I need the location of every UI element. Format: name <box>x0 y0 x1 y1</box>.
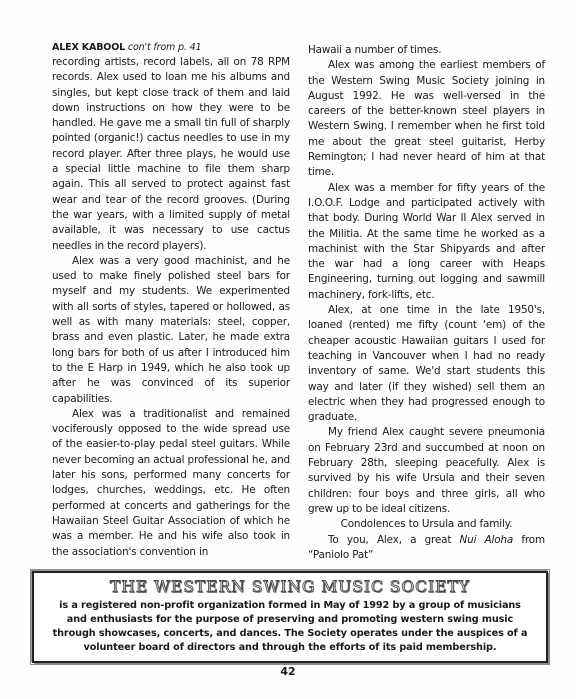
article-continued-note: con't from p. 41 <box>128 42 202 53</box>
right-column: Hawaii a number of times. Alex was among… <box>308 43 545 563</box>
society-description-line: and enthusiasts for the purpose of prese… <box>44 613 536 627</box>
paragraph: Alex was a member for fifty years of the… <box>308 181 545 303</box>
society-description-line: is a registered non-profit organization … <box>44 599 536 613</box>
closing-text: To you, Alex, a great <box>328 534 460 546</box>
society-info-box: THE WESTERN SWING MUSIC SOCIETY is a reg… <box>32 571 548 663</box>
article-header-name: ALEX KABOOL <box>52 42 125 53</box>
article-header: ALEX KABOOL con't from p. 41 <box>52 41 290 55</box>
paragraph: Alex, at one time in the late 1950's, lo… <box>308 303 545 425</box>
paragraph: Alex was a traditionalist and remained v… <box>52 407 290 560</box>
document-page: ALEX KABOOL con't from p. 41 recording a… <box>0 0 576 699</box>
paragraph: Alex was among the earliest members of t… <box>308 58 545 180</box>
paragraph: recording artists, record labels, all on… <box>52 55 290 254</box>
society-title: THE WESTERN SWING MUSIC SOCIETY <box>34 578 546 596</box>
society-description-line: volunteer board of directors and through… <box>44 641 536 655</box>
paragraph: My friend Alex caught severe pneumonia o… <box>308 425 545 517</box>
condolences-line: Condolences to Ursula and family. <box>308 517 545 532</box>
page-number: 42 <box>0 665 576 678</box>
paragraph: Alex was a very good machinist, and he u… <box>52 254 290 407</box>
paragraph: Hawaii a number of times. <box>308 43 545 58</box>
left-column: ALEX KABOOL con't from p. 41 recording a… <box>52 41 290 560</box>
closing-italic-phrase: Nui Aloha <box>460 534 514 546</box>
society-description-line: through showcases, concerts, and dances.… <box>44 627 536 641</box>
society-description: is a registered non-profit organization … <box>44 599 536 655</box>
closing-paragraph: To you, Alex, a great Nui Aloha from “Pa… <box>308 533 545 564</box>
